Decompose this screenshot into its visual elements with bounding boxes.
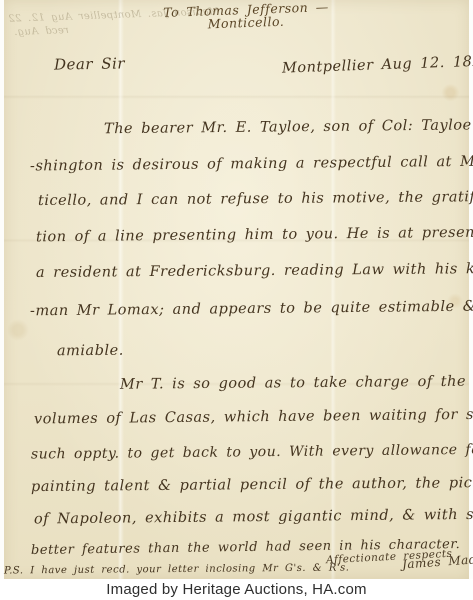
body-line: a resident at Fredericksburg. reading La… xyxy=(36,262,473,282)
body-line: -shington is desirous of making a respec… xyxy=(30,155,473,176)
body-line: painting talent & partial pencil of the … xyxy=(31,476,473,496)
letter-paper: To Thomas Jefferson — Monticello. Madiso… xyxy=(4,0,469,579)
watermark-bar: Imaged by Heritage Auctions, HA.com xyxy=(0,579,473,600)
body-line: Mr T. is so good as to take charge of th… xyxy=(120,374,473,393)
postscript: P.S. I have just recd. your letter inclo… xyxy=(4,562,350,576)
body-line: of Napoleon, exhibits a most gigantic mi… xyxy=(34,508,473,529)
body-line: volumes of Las Casas, which have been wa… xyxy=(34,408,473,429)
body-line: tion of a line presenting him to you. He… xyxy=(36,226,473,247)
letter-scan: To Thomas Jefferson — Monticello. Madiso… xyxy=(0,0,473,600)
dateline: Montpellier Aug 12. 1822 xyxy=(282,54,473,77)
body-line: amiable. xyxy=(57,344,124,361)
watermark-text: Imaged by Heritage Auctions, HA.com xyxy=(106,581,366,598)
body-line: ticello, and I can not refuse to his mot… xyxy=(38,190,473,210)
body-line: The bearer Mr. E. Tayloe, son of Col: Ta… xyxy=(104,118,473,138)
pencil-endorsement-line2: recd Aug. xyxy=(14,23,69,40)
salutation: Dear Sir xyxy=(54,55,125,73)
body-line: such oppty. to get back to you. With eve… xyxy=(31,442,473,463)
body-line: -man Mr Lomax; and appears to be quite e… xyxy=(30,300,473,321)
